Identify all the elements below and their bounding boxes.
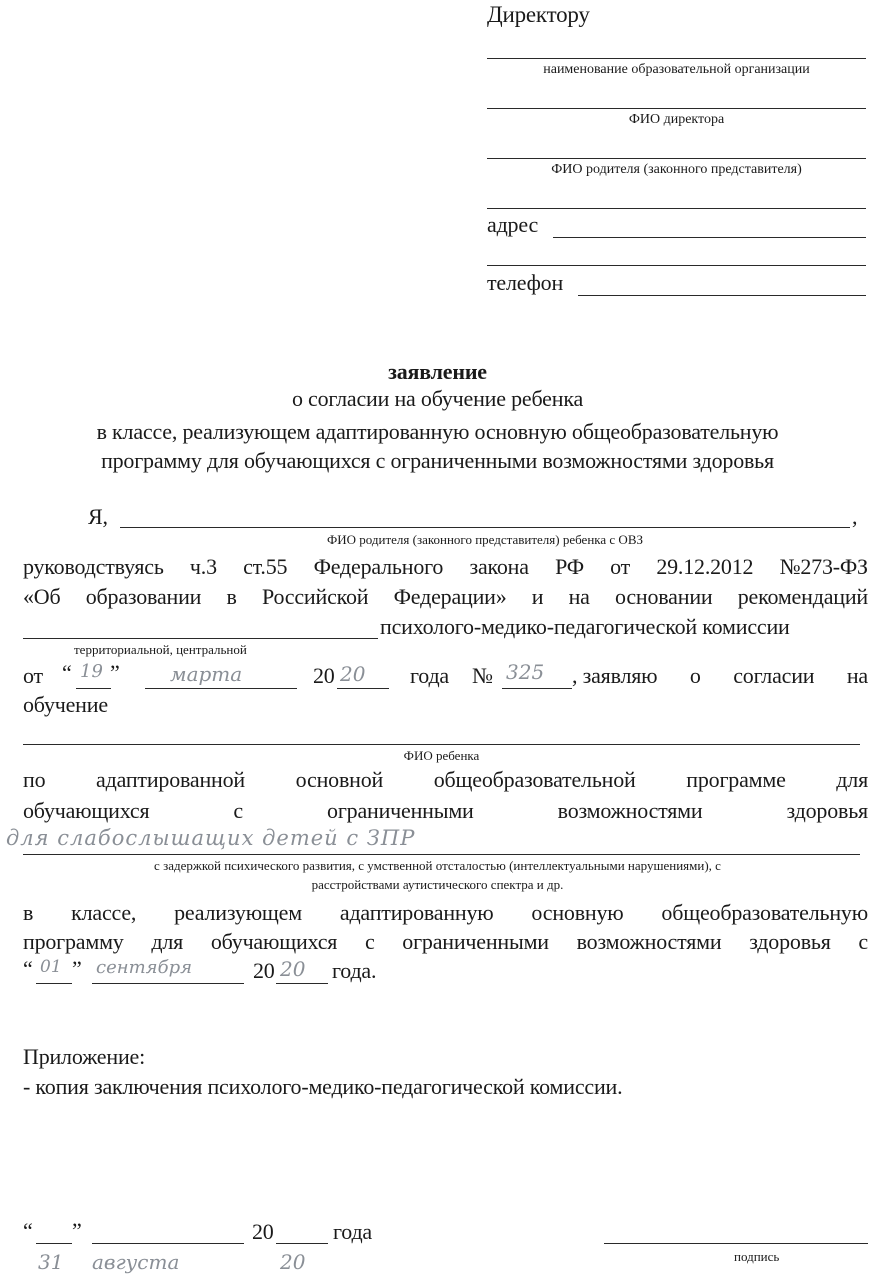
sign-month-value: августа (92, 1250, 179, 1274)
start-month-value: сентября (96, 957, 192, 978)
sign-century: 20 (252, 1219, 274, 1245)
start-day-value: 01 (40, 957, 62, 977)
title-line-1: о согласии на обучение ребенка (0, 386, 875, 412)
address-label: адрес (487, 212, 538, 238)
appendix-item: - копия заключения психолого-медико-педа… (23, 1074, 622, 1100)
program-type-value: для слабослышащих детей с ЗПР (6, 826, 415, 850)
program-caption-line-2: расстройствами аутистического спектра и … (0, 877, 875, 893)
start-year-value: 20 (280, 957, 305, 981)
sign-day-field[interactable] (36, 1243, 72, 1244)
class-line-2: программу для обучающихся с ограниченным… (23, 929, 868, 955)
phone-field[interactable] (578, 295, 866, 296)
comma: , (852, 504, 857, 530)
pmpk-year-value: 20 (340, 662, 365, 686)
training-word: обучение (23, 692, 108, 718)
number-sign: № (472, 663, 493, 689)
law-line-2: «Об образовании в Российской Федерации» … (23, 584, 868, 610)
signature-field[interactable] (604, 1243, 868, 1244)
title-line-3: программу для обучающихся с ограниченным… (0, 448, 875, 474)
from-label: от (23, 663, 43, 689)
program-caption-line-1: с задержкой психического развития, с умс… (0, 858, 875, 874)
commission-caption: территориальной, центральной (74, 642, 247, 658)
sign-day-value: 31 (38, 1250, 63, 1274)
start-month-field[interactable] (92, 983, 244, 984)
year-word: года (410, 663, 449, 689)
program-type-field[interactable] (23, 854, 860, 855)
start-year-field[interactable] (276, 983, 328, 984)
sign-quote-open: “ (23, 1218, 33, 1244)
signature-caption: подпись (734, 1249, 779, 1265)
pmpk-month-value: марта (170, 662, 242, 686)
start-century: 20 (253, 958, 275, 984)
class-line-1: в классе, реализующем адаптированную осн… (23, 900, 868, 926)
start-quote-open: “ (23, 956, 33, 982)
start-day-field[interactable] (36, 983, 72, 984)
commission-text: психолого-медико-педагогической комиссии (380, 614, 790, 640)
appendix-label: Приложение: (23, 1044, 145, 1070)
sign-quote-close: ” (72, 1218, 82, 1244)
law-line-1: руководствуясь ч.3 ст.55 Федерального за… (23, 554, 868, 580)
sign-month-field[interactable] (92, 1243, 244, 1244)
child-name-caption: ФИО ребенка (23, 748, 860, 764)
i-label: Я, (88, 504, 108, 530)
commission-type-field[interactable] (23, 638, 378, 639)
start-year-word: года. (332, 958, 376, 984)
pmpk-number-value: 325 (506, 660, 544, 684)
org-name-caption: наименование образовательной организации (487, 62, 866, 78)
parent-ovz-caption: ФИО родителя (законного представителя) р… (120, 532, 850, 548)
pmpk-month-field[interactable] (145, 688, 297, 689)
document-title: заявление (0, 359, 875, 385)
parent-name-field[interactable] (487, 158, 866, 159)
address-field[interactable] (553, 237, 866, 238)
sign-year-value: 20 (280, 1250, 305, 1274)
program-line-2: обучающихся с ограниченными возможностям… (23, 798, 868, 824)
child-name-field[interactable] (23, 744, 860, 745)
pmpk-year-field[interactable] (337, 688, 389, 689)
phone-label: телефон (487, 270, 563, 296)
sign-year-word: года (333, 1219, 372, 1245)
sign-year-field[interactable] (276, 1243, 328, 1244)
program-line-1: по адаптированной основной общеобразоват… (23, 767, 868, 793)
pmpk-day-field[interactable] (76, 688, 111, 689)
addressee: Директору (487, 2, 590, 28)
address-field-2[interactable] (487, 265, 866, 266)
start-quote-close: ” (72, 956, 82, 982)
quote-open: “ (62, 660, 72, 686)
pmpk-number-field[interactable] (502, 688, 572, 689)
century: 20 (313, 663, 335, 689)
org-name-field[interactable] (487, 58, 866, 59)
title-line-2: в классе, реализующем адаптированную осн… (0, 419, 875, 445)
quote-close: ” (110, 660, 120, 686)
parent-name-caption: ФИО родителя (законного представителя) (487, 162, 866, 178)
declare-text: , заявляю о согласии на (572, 663, 868, 689)
director-name-caption: ФИО директора (487, 112, 866, 128)
director-name-field[interactable] (487, 108, 866, 109)
parent-ovz-name-field[interactable] (120, 527, 850, 528)
pmpk-day-value: 19 (80, 661, 103, 682)
parent-name-field-2[interactable] (487, 208, 866, 209)
